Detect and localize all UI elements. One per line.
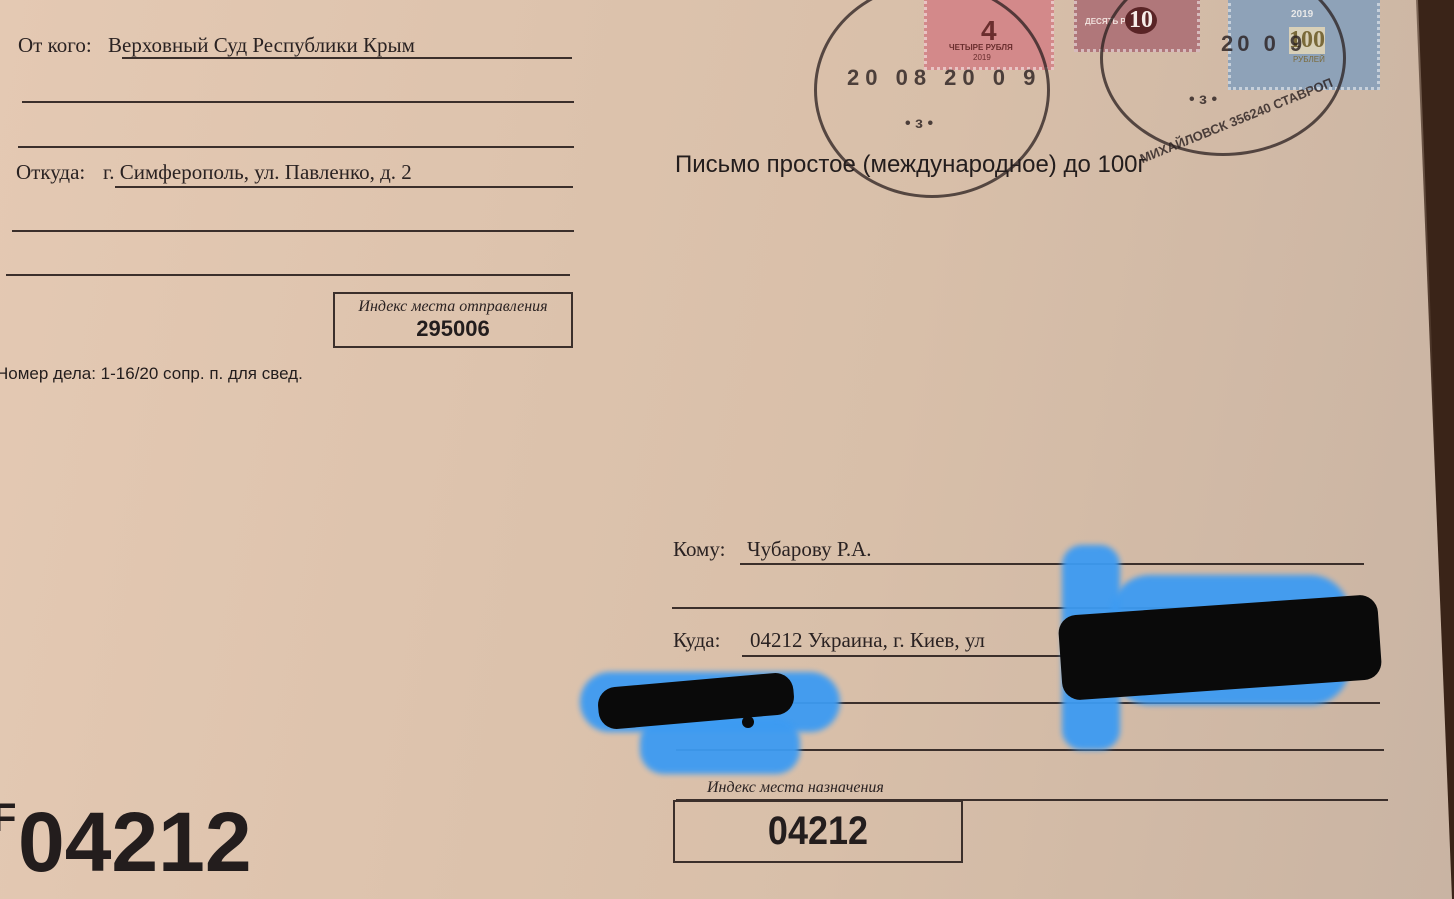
recipient-index-caption: Индекс места назначения: [707, 779, 884, 797]
address-from-underline: [115, 186, 573, 188]
large-index: 04212: [18, 800, 252, 884]
postmark-2: 20 0 9 • з • МИХАЙЛОВСК 356240 СТАВРОП: [1100, 0, 1346, 156]
sender-index-value: 295006: [335, 316, 571, 342]
large-index-prefix-mark: F: [0, 796, 16, 841]
from-value: Верховный Суд Республики Крым: [108, 33, 415, 58]
to-value: Чубарову Р.А.: [747, 537, 872, 562]
to-underline: [740, 563, 1364, 565]
postmark-letter: • з •: [905, 115, 933, 133]
from-label: От кого:: [18, 33, 92, 58]
mail-type: Письмо простое (международное) до 100г: [675, 151, 1146, 179]
case-number: Номер дела: 1-16/20 сопр. п. для свед.: [0, 364, 303, 384]
recipient-index-value: 04212: [689, 802, 946, 861]
postmark-letter: • з •: [1189, 91, 1217, 109]
sender-index-box: Индекс места отправления 295006: [333, 292, 573, 348]
postmark-date: 20 0 9: [1221, 31, 1306, 57]
address-from-label: Откуда:: [16, 160, 85, 185]
sender-blank-line-2: [18, 146, 574, 148]
from-underline: [122, 57, 572, 59]
address-to-label: Куда:: [673, 628, 720, 653]
sender-index-caption: Индекс места отправления: [335, 298, 571, 316]
address-from-value: г. Симферополь, ул. Павленко, д. 2: [103, 160, 412, 185]
sender-blank-line-1: [22, 101, 574, 103]
postmark-ring-text: МИХАЙЛОВСК 356240 СТАВРОП: [1138, 75, 1335, 166]
redaction-dot: [742, 716, 754, 728]
envelope: От кого: Верховный Суд Республики Крым О…: [0, 0, 1454, 899]
to-label: Кому:: [673, 537, 725, 562]
redaction-blue: [640, 718, 800, 774]
sender-blank-line-4: [6, 274, 570, 276]
postmark-date: 20 08 20 0 9: [847, 65, 1041, 91]
address-to-value: 04212 Украина, г. Киев, ул: [750, 628, 985, 653]
recipient-index-box: 04212: [673, 800, 963, 863]
sender-blank-line-3: [12, 230, 574, 232]
